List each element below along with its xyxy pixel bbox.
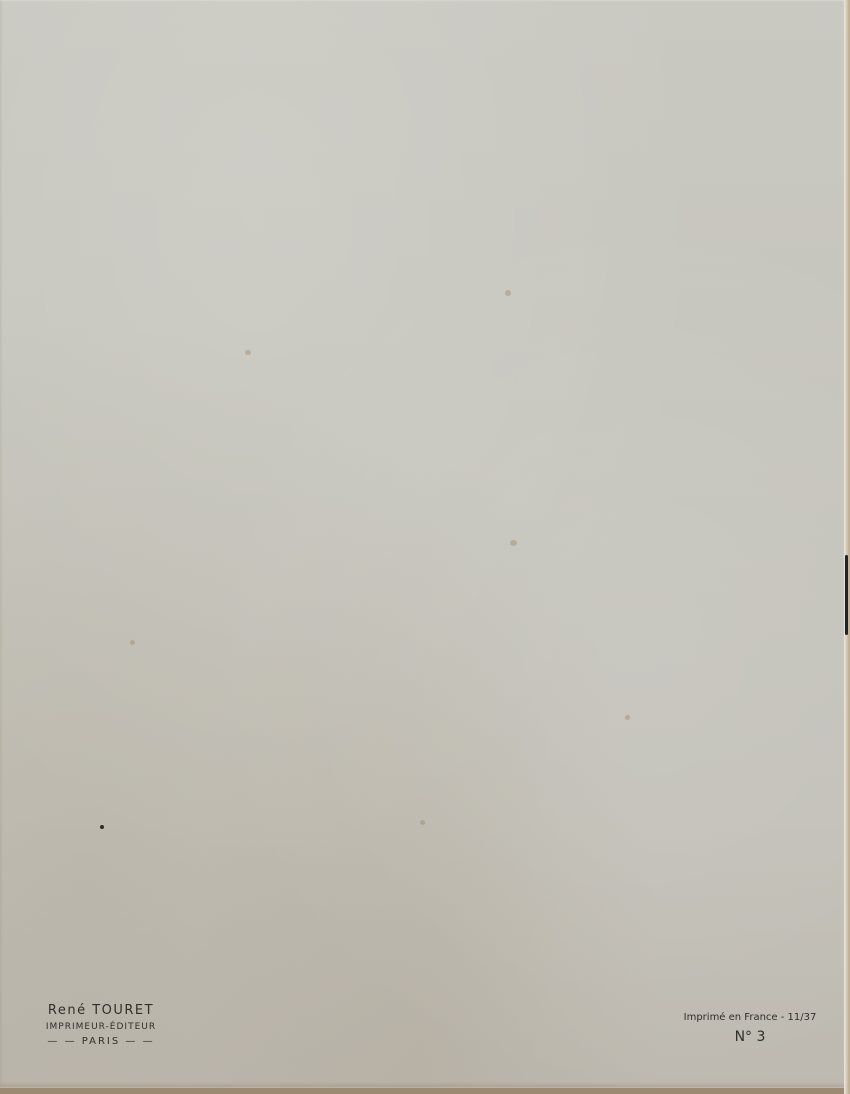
publisher-city: — — PARIS — — [36,1036,166,1047]
issue-number: N° 3 [680,1029,820,1045]
ink-spot [100,825,104,829]
foxing-spot [245,350,251,355]
foxing-spot [130,640,135,645]
foxing-spot [505,290,511,296]
publisher-imprint: René TOURET IMPRIMEUR-ÉDITEUR — — PARIS … [36,1003,166,1047]
foxing-spot [625,715,630,720]
back-cover-page: René TOURET IMPRIMEUR-ÉDITEUR — — PARIS … [0,0,848,1088]
printed-in-text: Imprimé en France - 11/37 [680,1012,820,1023]
print-info: Imprimé en France - 11/37 N° 3 [680,1012,820,1045]
foxing-spot [420,820,425,825]
publisher-name: René TOURET [36,1003,166,1018]
foxing-spot [510,540,517,546]
page-edge [844,0,850,1094]
publisher-role: IMPRIMEUR-ÉDITEUR [36,1022,166,1032]
page-notch [845,555,848,635]
